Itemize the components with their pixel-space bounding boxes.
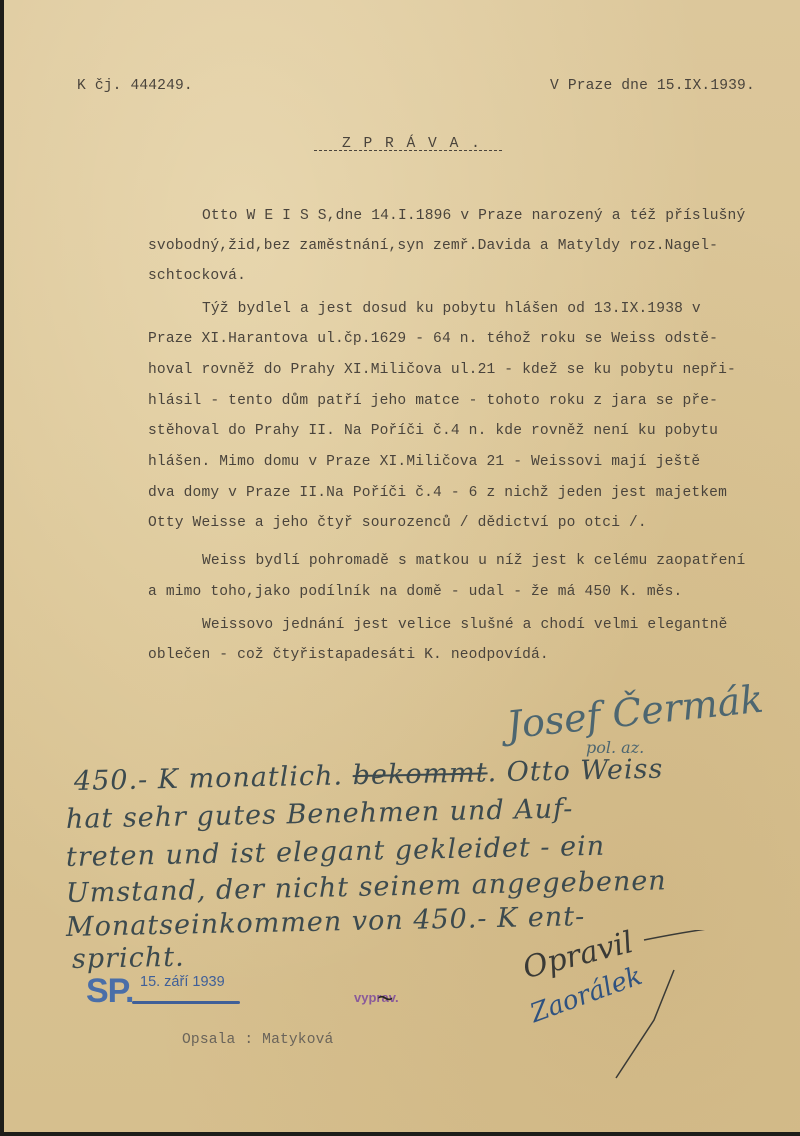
reference-number: K čj. 444249. [77,78,193,94]
body-line: svobodný,žid,bez zaměstnání,syn zemř.Dav… [148,238,718,254]
officer-signature: Josef Čermák [504,677,765,748]
body-line: stěhoval do Prahy II. Na Poříči č.4 n. k… [148,423,718,439]
stamp-code: SP. [86,972,133,1011]
handwritten-line: treten und ist elegant gekleidet - ein [66,831,606,873]
struck-word: bekommt [352,757,488,791]
body-line: Týž bydlel a jest dosud ku pobytu hlášen… [202,301,701,317]
stamp-underline [132,1001,240,1004]
handwritten-line: 450.- K monatlich. bekommt. Otto Weiss [74,754,664,797]
body-line: Otty Weisse a jeho čtyř sourozenců / děd… [148,515,647,531]
body-line: Weissovo jednání jest velice slušné a ch… [202,617,728,633]
handwritten-line: Monatseinkommen von 450.- K ent- [66,901,586,943]
handwritten-line: spricht. [72,942,185,975]
body-line: hoval rovněž do Prahy XI.Miličova ul.21 … [148,362,736,378]
body-line: a mimo toho,jako podílník na domě - udal… [148,584,682,600]
body-line: hlášen. Mimo domu v Praze XI.Miličova 21… [148,454,700,470]
signature-flourish [604,930,724,1080]
body-line: Otto W E I S S,dne 14.I.1896 v Praze nar… [202,208,745,224]
body-line: Weiss bydlí pohromadě s matkou u níž jes… [202,553,745,569]
body-line: schtocková. [148,268,246,284]
body-line: Praze XI.Harantova ul.čp.1629 - 64 n. té… [148,331,718,347]
dispatch-initials: ~ [374,985,396,1013]
body-line: oblečen - což čtyřistapadesáti K. neodpo… [148,647,549,663]
handwritten-line: hat sehr gutes Benehmen und Auf- [66,793,574,835]
body-line: hlásil - tento dům patří jeho matce - to… [148,393,718,409]
stamp-date: 15. září 1939 [140,974,225,990]
body-line: dva domy v Praze II.Na Poříči č.4 - 6 z … [148,485,727,501]
place-date: V Praze dne 15.IX.1939. [550,78,755,94]
document-page: K čj. 444249. V Praze dne 15.IX.1939. Z … [4,0,800,1132]
title-underline [314,150,502,151]
typist-note: Opsala : Matyková [182,1032,333,1048]
